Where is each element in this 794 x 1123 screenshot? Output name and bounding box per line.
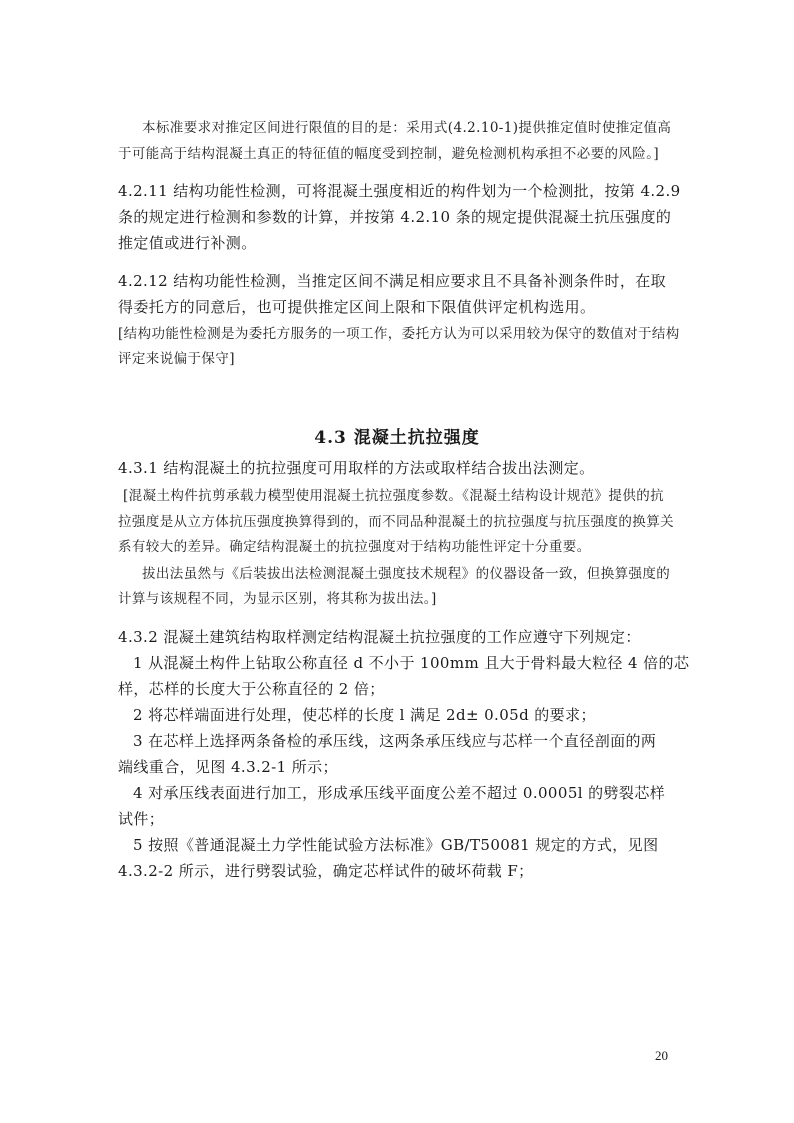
note-line: [结构功能性检测是为委托方服务的一项工作，委托方认为可以采用较为保守的数值对于结… xyxy=(118,322,680,342)
list-item-3-line: 3 在芯样上选择两条备检的承压线，这两条承压线应与芯样一个直径剖面的两 xyxy=(133,730,656,751)
list-item-4-line: 试件； xyxy=(118,808,164,829)
list-item-2-line: 2 将芯样端面进行处理，使芯样的长度 l 满足 2d± 0.05d 的要求； xyxy=(133,704,596,725)
document-page: 本标准要求对推定区间进行限值的目的是：采用式(4.2.10-1)提供推定值时使推… xyxy=(0,0,794,1123)
section-heading: 4.3 混凝土抗拉强度 xyxy=(0,423,794,448)
clause-4-3-2-line: 4.3.2 混凝土建筑结构取样测定结构混凝土抗拉强度的工作应遵守下列规定： xyxy=(118,626,641,647)
clause-4-3-1-line: 4.3.1 结构混凝土的抗拉强度可用取样的方法或取样结合拔出法测定。 xyxy=(118,457,595,478)
clause-4-2-11-line: 4.2.11 结构功能性检测，可将混凝土强度相近的构件划为一个检测批，按第 4.… xyxy=(118,180,681,201)
clause-4-2-12-line: 得委托方的同意后，也可提供推定区间上限和下限值供评定机构选用。 xyxy=(118,296,595,317)
list-item-1-line: 样，芯样的长度大于公称直径的 2 倍； xyxy=(118,678,385,699)
list-item-5-line: 4.3.2-2 所示，进行劈裂试验，确定芯样试件的破坏荷载 F； xyxy=(118,860,534,881)
note-line: 于可能高于结构混凝土真正的特征值的幅度受到控制，避免检测机构承担不必要的风险。] xyxy=(118,142,659,162)
clause-4-2-11-line: 条的规定进行检测和参数的计算，并按第 4.2.10 条的规定提供混凝土抗压强度的 xyxy=(118,206,671,227)
note-line: 评定来说偏于保守] xyxy=(118,347,235,367)
list-item-3-line: 端线重合，见图 4.3.2-1 所示； xyxy=(118,756,338,777)
note-line: 计算与该规程不同，为显示区别，将其称为拔出法。] xyxy=(118,587,437,607)
note-line: 系有较大的差异。确定结构混凝土的抗拉强度对于结构功能性评定十分重要。 xyxy=(118,535,591,555)
clause-4-2-12-line: 4.2.12 结构功能性检测，当推定区间不满足相应要求且不具备补测条件时，在取 xyxy=(118,270,666,291)
note-line: 拔出法虽然与《后装拔出法检测混凝土强度技术规程》的仪器设备一致，但换算强度的 xyxy=(142,562,670,582)
note-line: [混凝土构件抗剪承载力模型使用混凝土抗拉强度参数。《混凝土结构设计规范》提供的抗 xyxy=(123,484,664,504)
list-item-4-line: 4 对承压线表面进行加工，形成承压线平面度公差不超过 0.0005l 的劈裂芯样 xyxy=(133,782,665,803)
page-number: 20 xyxy=(655,1048,668,1064)
list-item-5-line: 5 按照《普通混凝土力学性能试验方法标准》GB/T50081 规定的方式，见图 xyxy=(133,834,658,855)
note-line: 本标准要求对推定区间进行限值的目的是：采用式(4.2.10-1)提供推定值时使推… xyxy=(142,116,671,136)
list-item-1-line: 1 从混凝土构件上钻取公称直径 d 不小于 100mm 且大于骨料最大粒径 4 … xyxy=(133,652,689,673)
clause-4-2-11-line: 推定值或进行补测。 xyxy=(118,232,257,253)
note-line: 拉强度是从立方体抗压强度换算得到的，而不同品种混凝土的抗拉强度与抗压强度的换算关 xyxy=(118,510,674,530)
